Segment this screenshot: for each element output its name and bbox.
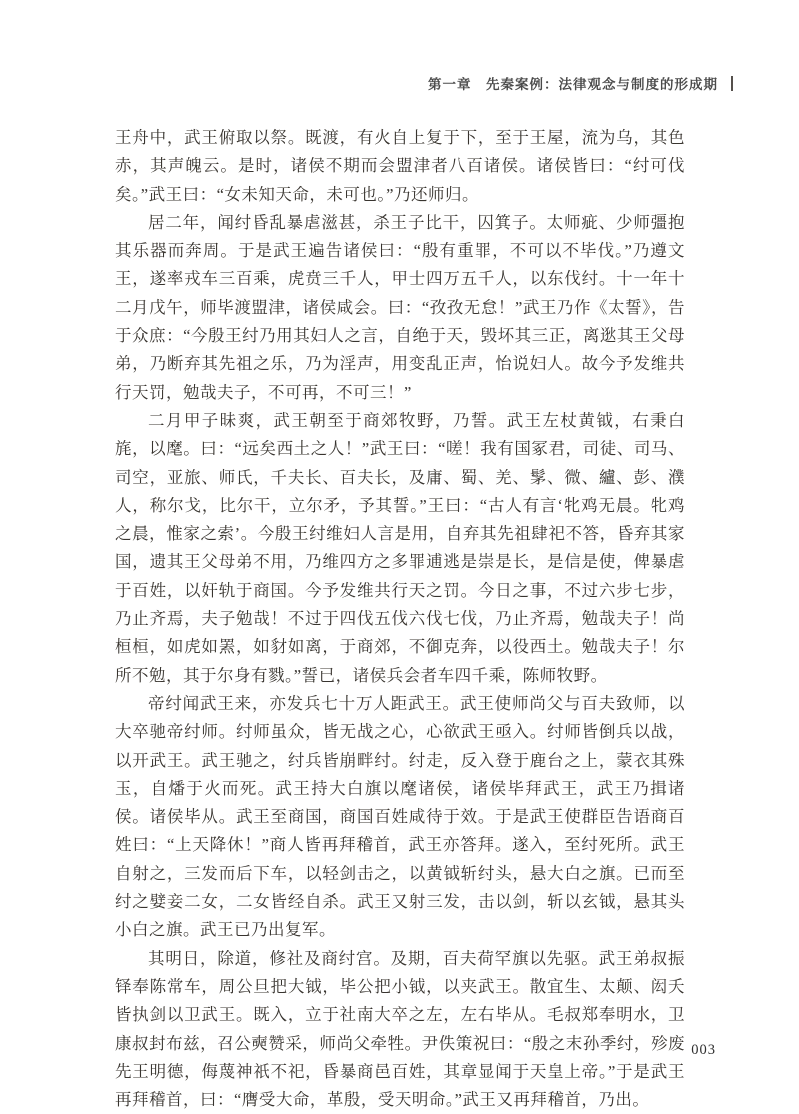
chapter-header-title: 第一章 先秦案例：法律观念与制度的形成期 (428, 73, 718, 93)
book-page: 第一章 先秦案例：法律观念与制度的形成期 王舟中，武王俯取以祭。既渡，有火自上复… (0, 0, 799, 1114)
page-number: 003 (691, 1042, 716, 1059)
header-divider-bar (731, 76, 733, 91)
paragraph: 居二年，闻纣昏乱暴虐滋甚，杀王子比干，囚箕子。太师疵、少师彊抱其乐器而奔周。于是… (115, 209, 685, 407)
paragraph: 王舟中，武王俯取以祭。既渡，有火自上复于下，至于王屋，流为乌，其色赤，其声魄云。… (115, 124, 685, 209)
paragraph: 二月甲子昧爽，武王朝至于商郊牧野，乃誓。武王左杖黄钺，右秉白旄，以麾。曰：“远矣… (115, 407, 685, 690)
paragraph: 帝纣闻武王来，亦发兵七十万人距武王。武王使师尚父与百夫致师，以大卒驰帝纣师。纣师… (115, 690, 685, 945)
paragraph: 其明日，除道，修社及商纣宫。及期，百夫荷罕旗以先驱。武王弟叔振铎奉陈常车，周公旦… (115, 945, 685, 1114)
body-text: 王舟中，武王俯取以祭。既渡，有火自上复于下，至于王屋，流为乌，其色赤，其声魄云。… (115, 124, 685, 1114)
page-header: 第一章 先秦案例：法律观念与制度的形成期 (428, 73, 733, 93)
